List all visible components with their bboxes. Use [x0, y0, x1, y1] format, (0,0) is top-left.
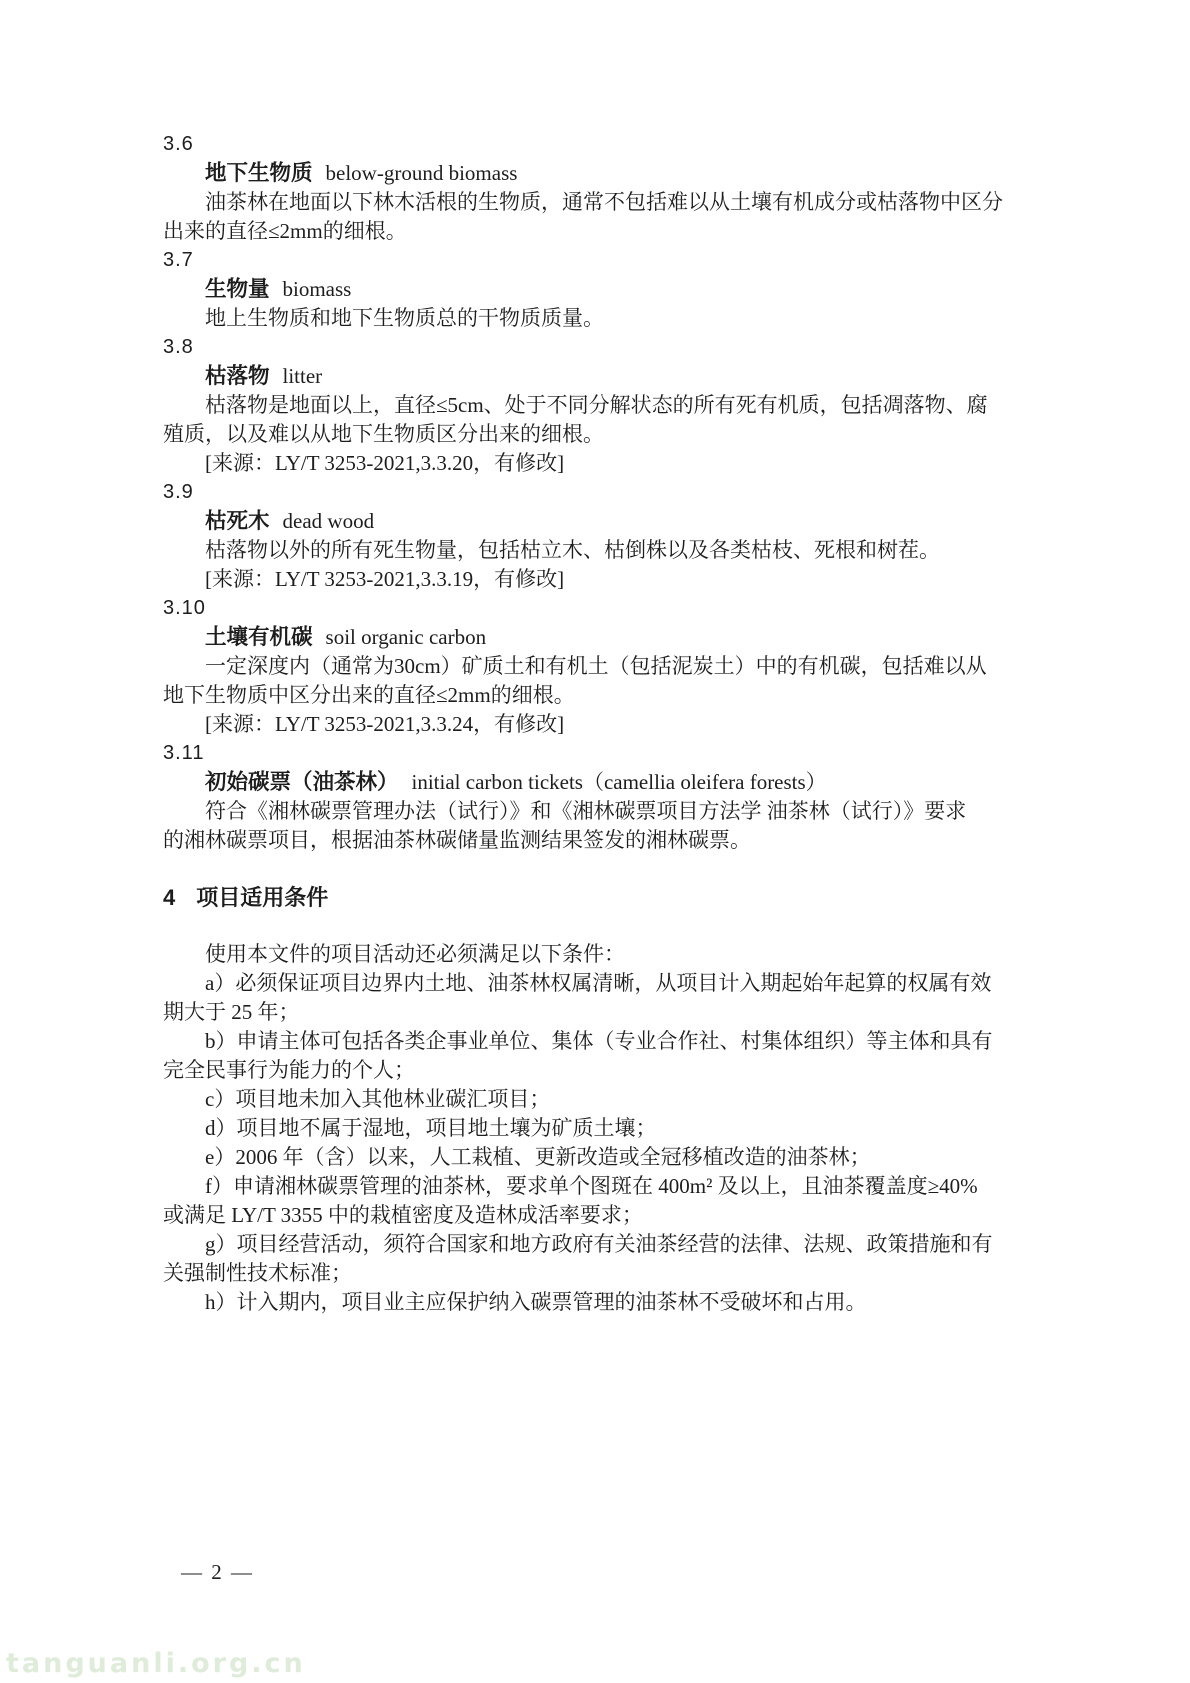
term-english: dead wood [283, 509, 375, 533]
document-page: 3.6地下生物质below-ground biomass油茶林在地面以下林木活根… [0, 0, 1190, 1683]
text-line: 符合《湘林碳票管理办法（试行）》和《湘林碳票项目方法学 油茶林（试行）》要求 [163, 797, 1043, 826]
text-line: d）项目地不属于湿地，项目地土壤为矿质土壤； [163, 1114, 1043, 1143]
text-line: 油茶林在地面以下林木活根的生物质，通常不包括难以从土壤有机成分或枯落物中区分 [163, 188, 1043, 217]
term-english: below-ground biomass [326, 161, 518, 185]
text-line: 枯落物是地面以上，直径≤5cm、处于不同分解状态的所有死有机质，包括凋落物、腐 [163, 391, 1043, 420]
text-line: b）申请主体可包括各类企事业单位、集体（专业合作社、村集体组织）等主体和具有 [163, 1027, 1043, 1056]
clause-number: 3.8 [163, 333, 1043, 362]
text-line: c）项目地未加入其他林业碳汇项目； [163, 1085, 1043, 1114]
term-definition-line: 枯落物litter [163, 362, 1043, 391]
term-definition-line: 生物量biomass [163, 275, 1043, 304]
text-line: 地上生物质和地下生物质总的干物质质量。 [163, 304, 1043, 333]
text-line: 的湘林碳票项目，根据油茶林碳储量监测结果签发的湘林碳票。 [163, 826, 1043, 855]
section-heading-number: 4 [163, 885, 175, 910]
term-chinese: 枯落物 [205, 364, 270, 388]
text-line: [来源：LY/T 3253-2021,3.3.20，有修改] [163, 449, 1043, 478]
term-definition-line: 地下生物质below-ground biomass [163, 159, 1043, 188]
clause-number: 3.7 [163, 246, 1043, 275]
term-chinese: 初始碳票（油茶林） [205, 770, 399, 794]
section-heading-title: 项目适用条件 [196, 885, 328, 910]
text-line: 殖质，以及难以从地下生物质区分出来的细根。 [163, 420, 1043, 449]
term-chinese: 枯死木 [205, 509, 270, 533]
text-line: 一定深度内（通常为30cm）矿质土和有机土（包括泥炭土）中的有机碳，包括难以从 [163, 652, 1043, 681]
text-line: 或满足 LY/T 3355 中的栽植密度及造林成活率要求； [163, 1201, 1043, 1230]
text-line: 枯落物以外的所有死生物量，包括枯立木、枯倒株以及各类枯枝、死根和树茬。 [163, 536, 1043, 565]
page-number: — 2 — [181, 1560, 254, 1585]
site-watermark: tanguanli.org.cn [6, 1648, 306, 1679]
text-line: 期大于 25 年； [163, 998, 1043, 1027]
clause-number: 3.10 [163, 594, 1043, 623]
text-line: 出来的直径≤2mm的细根。 [163, 217, 1043, 246]
document-body: 3.6地下生物质below-ground biomass油茶林在地面以下林木活根… [163, 130, 1043, 1317]
clause-number: 3.11 [163, 739, 1043, 768]
text-line: [来源：LY/T 3253-2021,3.3.24，有修改] [163, 710, 1043, 739]
term-english: initial carbon tickets（camellia oleifera… [412, 770, 827, 794]
text-line: 地下生物质中区分出来的直径≤2mm的细根。 [163, 681, 1043, 710]
text-line: a）必须保证项目边界内土地、油茶林权属清晰，从项目计入期起始年起算的权属有效 [163, 969, 1043, 998]
text-line: 完全民事行为能力的个人； [163, 1056, 1043, 1085]
text-line: 使用本文件的项目活动还必须满足以下条件： [163, 940, 1043, 969]
term-chinese: 生物量 [205, 277, 270, 301]
term-english: biomass [283, 277, 352, 301]
text-line: h）计入期内，项目业主应保护纳入碳票管理的油茶林不受破坏和占用。 [163, 1288, 1043, 1317]
section-heading: 4项目适用条件 [163, 883, 1043, 912]
text-line: f）申请湘林碳票管理的油茶林，要求单个图斑在 400m² 及以上，且油茶覆盖度≥… [163, 1172, 1043, 1201]
term-english: litter [283, 364, 323, 388]
term-chinese: 土壤有机碳 [205, 625, 313, 649]
text-line: 关强制性技术标准； [163, 1259, 1043, 1288]
text-line: e）2006 年（含）以来，人工栽植、更新改造或全冠移植改造的油茶林； [163, 1143, 1043, 1172]
text-line: g）项目经营活动，须符合国家和地方政府有关油茶经营的法律、法规、政策措施和有 [163, 1230, 1043, 1259]
clause-number: 3.9 [163, 478, 1043, 507]
term-chinese: 地下生物质 [205, 161, 313, 185]
term-definition-line: 土壤有机碳soil organic carbon [163, 623, 1043, 652]
clause-number: 3.6 [163, 130, 1043, 159]
term-definition-line: 枯死木dead wood [163, 507, 1043, 536]
text-line: [来源：LY/T 3253-2021,3.3.19，有修改] [163, 565, 1043, 594]
term-definition-line: 初始碳票（油茶林）initial carbon tickets（camellia… [163, 768, 1043, 797]
term-english: soil organic carbon [326, 625, 487, 649]
